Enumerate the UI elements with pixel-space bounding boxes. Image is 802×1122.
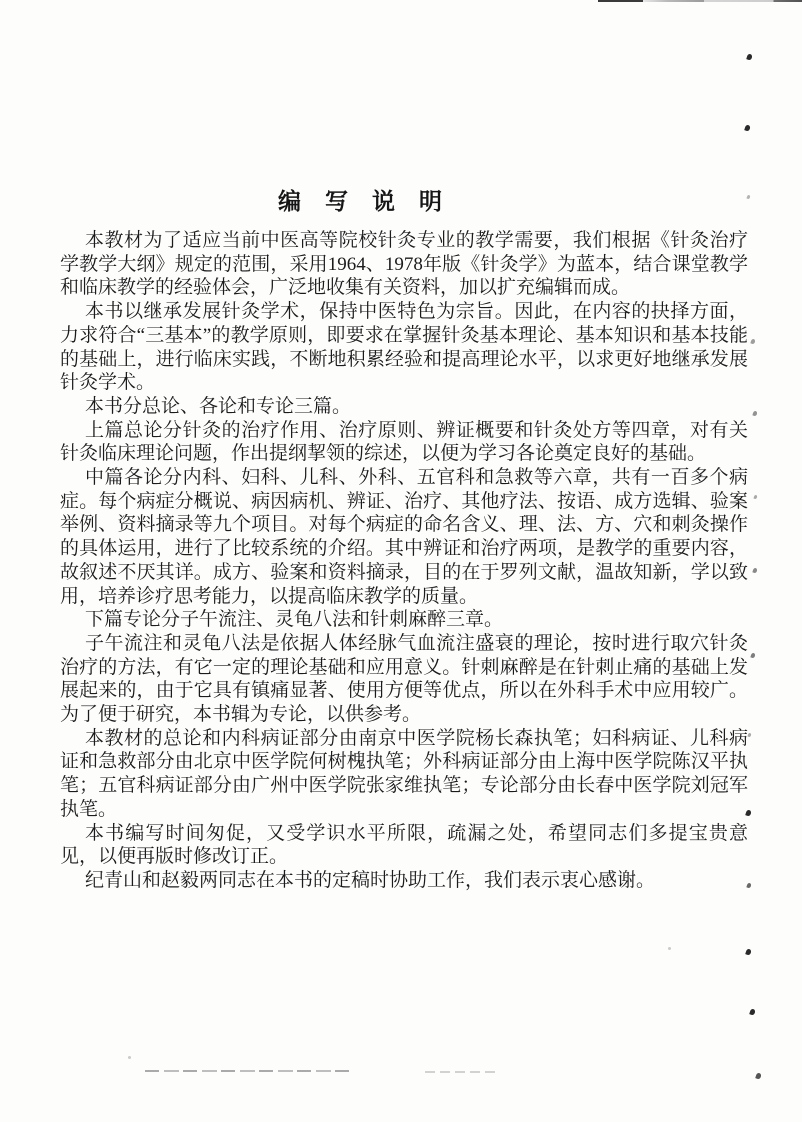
scan-dashed-line-artifact (425, 1071, 497, 1073)
scan-dot-artifact (128, 1056, 131, 1059)
scan-speck (746, 883, 751, 889)
paragraph-principles: 本书以继承发展针灸学术，保持中医特色为宗旨。因此，在内容的抉择方面，力求符合“三… (60, 300, 748, 395)
scan-speck (752, 411, 757, 417)
scan-speck (745, 948, 752, 955)
scan-speck (749, 1008, 756, 1015)
scan-speck (746, 53, 753, 60)
scan-speck (752, 568, 757, 574)
page-title: 编写说明 (278, 189, 466, 215)
scan-speck (745, 809, 752, 816)
paragraph-thanks: 纪青山和赵毅两同志在本书的定稿时协助工作，我们表示衷心感谢。 (60, 869, 748, 893)
scan-edge-artifact (598, 0, 802, 2)
paragraph-structure: 本书分总论、各论和专论三篇。 (60, 395, 748, 419)
scan-speck (753, 495, 757, 500)
paragraph-part-three: 下篇专论分子午流注、灵龟八法和针刺麻醉三章。 (60, 608, 748, 632)
scan-dot-artifact (668, 947, 671, 950)
scan-speck (755, 1072, 762, 1079)
paragraph-special-topics: 子午流注和灵龟八法是依据人体经脉气血流注盛衰的理论，按时进行取穴针灸治疗的方法，… (60, 632, 748, 727)
paragraph-part-two: 中篇各论分内科、妇科、儿科、外科、五官科和急救等六章，共有一百多个病症。每个病症… (60, 466, 748, 608)
paragraph-intro: 本教材为了适应当前中医高等院校针灸专业的教学需要，我们根据《针灸治疗学教学大纲》… (60, 229, 748, 300)
paragraph-apology: 本书编写时间匆促，又受学识水平所限，疏漏之处，希望同志们多提宝贵意见，以便再版时… (60, 822, 748, 869)
body-text: 本教材为了适应当前中医高等院校针灸专业的教学需要，我们根据《针灸治疗学教学大纲》… (60, 229, 748, 893)
paragraph-authors: 本教材的总论和内科病证部分由南京中医学院杨长森执笔；妇科病证、儿科病证和急救部分… (60, 727, 748, 822)
scan-speck (750, 339, 755, 345)
scan-speck (744, 124, 751, 131)
scan-speck (750, 653, 755, 659)
scan-dashed-line-artifact (145, 1070, 350, 1072)
scan-speck (747, 733, 751, 738)
scan-speck (746, 195, 750, 200)
paragraph-part-one: 上篇总论分针灸的治疗作用、治疗原则、辨证概要和针灸处方等四章，对有关针灸临床理论… (60, 419, 748, 466)
scanned-book-page: 编写说明 本教材为了适应当前中医高等院校针灸专业的教学需要，我们根据《针灸治疗学… (0, 0, 802, 1122)
